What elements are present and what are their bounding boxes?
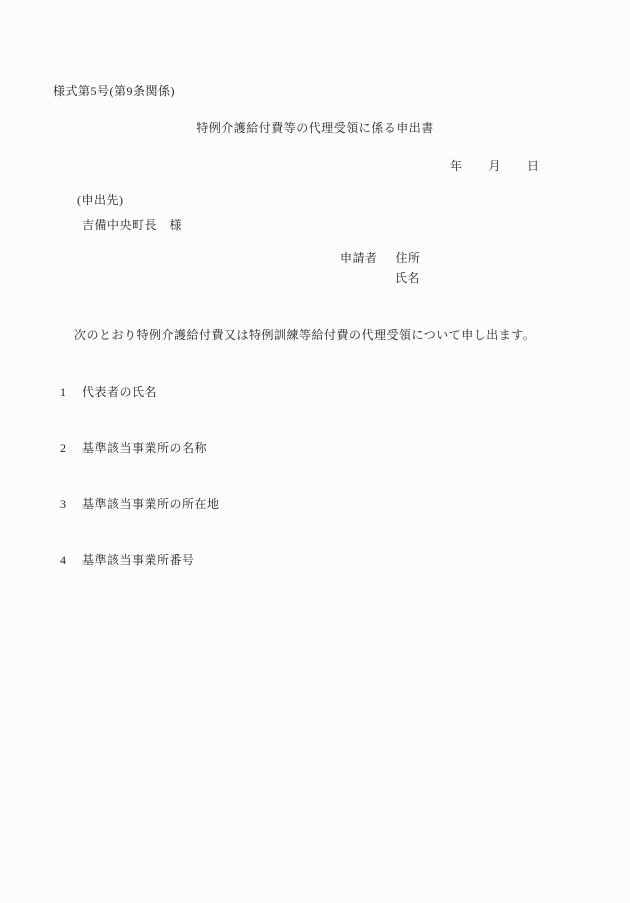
form-number: 様式第5号(第9条関係) [53, 83, 175, 99]
item-number: 3 [60, 496, 82, 512]
item-label: 基準該当事業所番号 [82, 552, 195, 568]
date-month-label: 月 [489, 158, 502, 174]
document-page: 様式第5号(第9条関係) 特例介護給付費等の代理受領に係る申出書 年 月 日 (… [0, 0, 630, 903]
date-year-label: 年 [450, 158, 463, 174]
date-line: 年 月 日 [450, 158, 540, 174]
item-number: 4 [60, 552, 82, 568]
date-day-label: 日 [527, 158, 540, 174]
item-label: 基準該当事業所の名称 [82, 440, 207, 456]
applicant-label: 申請者 [340, 250, 378, 266]
list-item-office-number: 4 基準該当事業所番号 [60, 552, 195, 568]
list-item-office-name: 2 基準該当事業所の名称 [60, 440, 207, 456]
item-number: 1 [60, 384, 82, 400]
list-item-office-location: 3 基準該当事業所の所在地 [60, 496, 220, 512]
applicant-line: 申請者 住所 [340, 250, 421, 266]
item-number: 2 [60, 440, 82, 456]
applicant-name-label: 氏名 [395, 270, 420, 286]
list-item-representative-name: 1 代表者の氏名 [60, 384, 157, 400]
item-label: 代表者の氏名 [82, 384, 157, 400]
document-title: 特例介護給付費等の代理受領に係る申出書 [0, 120, 630, 136]
applicant-address-label: 住所 [396, 250, 421, 266]
item-label: 基準該当事業所の所在地 [82, 496, 220, 512]
addressee-label: (申出先) [77, 192, 124, 208]
body-text: 次のとおり特例介護給付費又は特例訓練等給付費の代理受領について申し出ます。 [74, 327, 535, 343]
addressee-name: 吉備中央町長 様 [82, 217, 182, 233]
